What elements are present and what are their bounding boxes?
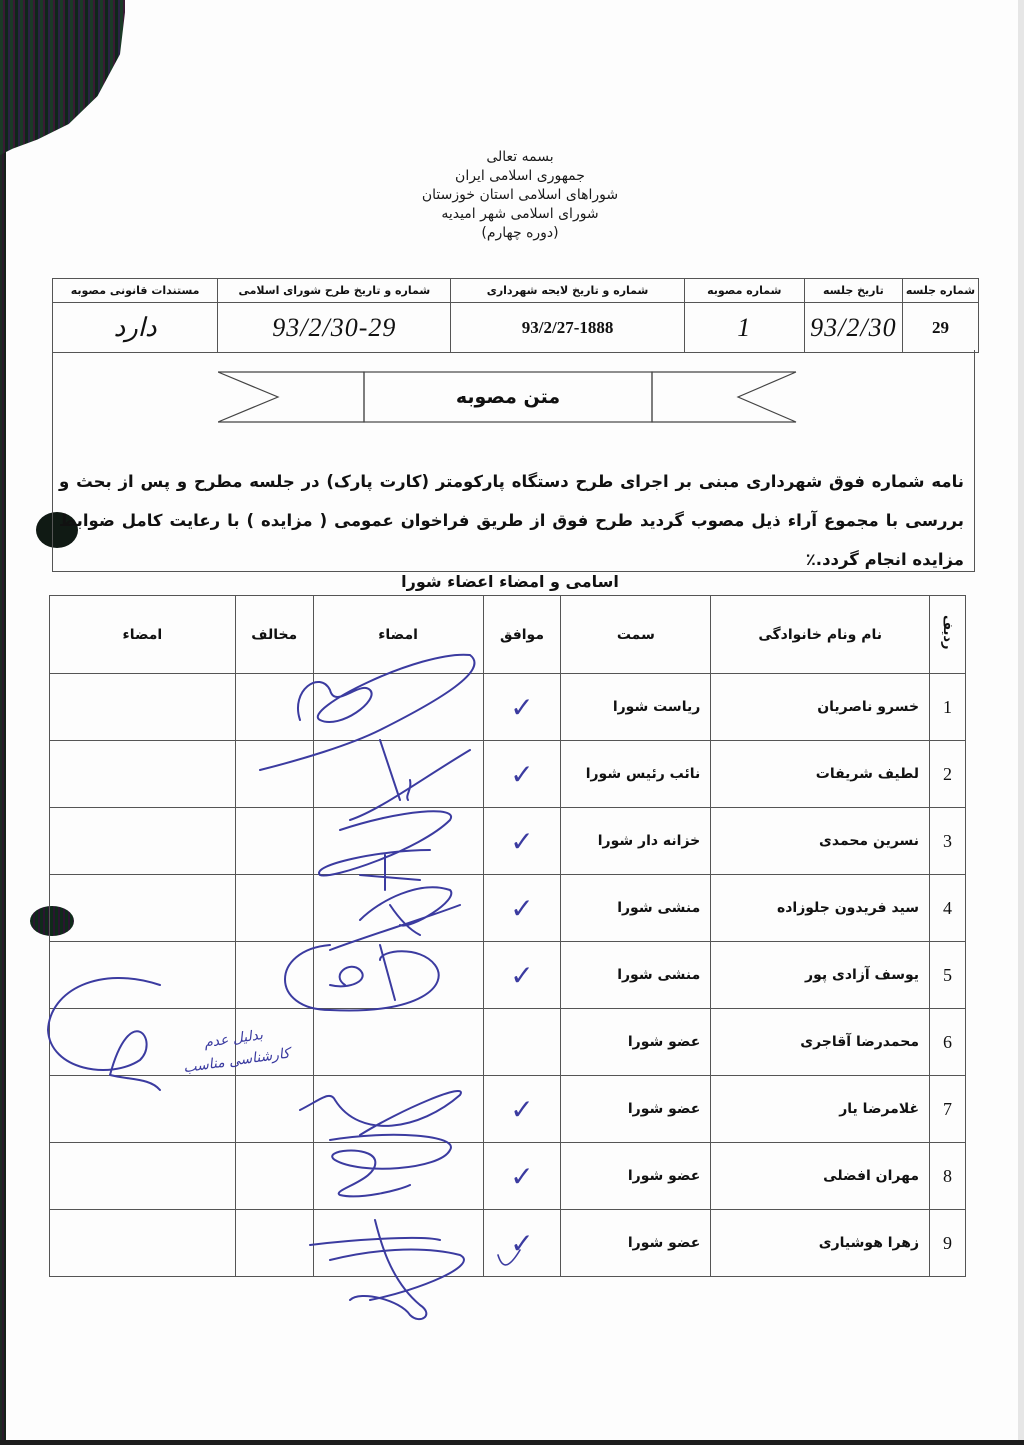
scan-edge-right <box>1018 0 1024 1445</box>
member-name: مهران افضلی <box>711 1143 930 1210</box>
member-role: عضو شورا <box>561 1009 711 1076</box>
value-legal-documents: دارد <box>53 303 218 353</box>
header-agree: موافق <box>483 596 561 674</box>
agree-check: ✓ <box>483 741 561 808</box>
header-session-number: شماره جلسه <box>902 279 978 303</box>
agree-check: ✓ <box>483 808 561 875</box>
header-signature-oppose: امضاء <box>50 596 236 674</box>
signature-oppose-cell <box>50 1210 236 1277</box>
member-name: خسرو ناصریان <box>711 674 930 741</box>
member-role: نائب رئیس شورا <box>561 741 711 808</box>
agree-check: ✓ <box>483 1210 561 1277</box>
header-municipal-bill: شماره و تاریخ لایحه شهرداری <box>451 279 684 303</box>
member-role: عضو شورا <box>561 1210 711 1277</box>
checkmark-icon: ✓ <box>510 892 533 925</box>
oppose-cell <box>235 1076 313 1143</box>
header-name: نام ونام خانوادگی <box>711 596 930 674</box>
checkmark-icon: ✓ <box>510 959 533 992</box>
signature-agree-cell <box>313 808 483 875</box>
header-session-date: تاریخ جلسه <box>804 279 902 303</box>
signature-agree-cell <box>313 741 483 808</box>
checkmark-icon: ✓ <box>510 1227 533 1260</box>
header-council-plan: شماره و تاریخ طرح شورای اسلامی <box>218 279 451 303</box>
agree-check: ✓ <box>483 1143 561 1210</box>
member-role: منشی شورا <box>561 942 711 1009</box>
meta-value-row: 29 93/2/30 1 93/2/27-1888 93/2/30-29 دار… <box>53 303 979 353</box>
row-index: 2 <box>930 741 966 808</box>
signature-agree-cell <box>313 1210 483 1277</box>
checkmark-icon: ✓ <box>510 825 533 858</box>
row-index: 4 <box>930 875 966 942</box>
member-role: منشی شورا <box>561 875 711 942</box>
header-row-number-label: ردیف <box>940 615 955 650</box>
signature-agree-cell <box>313 942 483 1009</box>
value-session-date: 93/2/30 <box>804 303 902 353</box>
resolution-title: متن مصوبه <box>364 371 652 423</box>
header-signature-agree: امضاء <box>313 596 483 674</box>
oppose-cell <box>235 808 313 875</box>
checkmark-icon: ✓ <box>510 691 533 724</box>
signature-oppose-cell <box>50 1143 236 1210</box>
header-resolution-number: شماره مصوبه <box>684 279 804 303</box>
agree-check: ✓ <box>483 1076 561 1143</box>
agree-check <box>483 1009 561 1076</box>
signature-agree-cell <box>313 674 483 741</box>
document-header: بسمه تعالی جمهوری اسلامی ایران شوراهای ا… <box>380 148 660 243</box>
signature-agree-cell <box>313 875 483 942</box>
row-index: 5 <box>930 942 966 1009</box>
member-name: نسرین محمدی <box>711 808 930 875</box>
signature-oppose-cell <box>50 741 236 808</box>
header-line-province-councils: شوراهای اسلامی استان خوزستان <box>380 186 660 205</box>
member-role: خزانه دار شورا <box>561 808 711 875</box>
header-line-bismillah: بسمه تعالی <box>380 148 660 167</box>
table-row: 7 غلامرضا یار عضو شورا ✓ <box>50 1076 966 1143</box>
value-session-number: 29 <box>902 303 978 353</box>
signature-oppose-cell <box>50 808 236 875</box>
row-index: 8 <box>930 1143 966 1210</box>
header-row-number: ردیف <box>930 596 966 674</box>
table-row: 5 یوسف آزادی پور منشی شورا ✓ <box>50 942 966 1009</box>
oppose-cell <box>235 875 313 942</box>
header-line-city-council: شورای اسلامی شهر امیدیه <box>380 205 660 224</box>
value-council-plan: 93/2/30-29 <box>218 303 451 353</box>
oppose-cell <box>235 674 313 741</box>
table-row: 4 سید فریدون جلوزاده منشی شورا ✓ <box>50 875 966 942</box>
agree-check: ✓ <box>483 674 561 741</box>
member-name: یوسف آزادی پور <box>711 942 930 1009</box>
row-index: 9 <box>930 1210 966 1277</box>
member-name: زهرا هوشیاری <box>711 1210 930 1277</box>
agree-check: ✓ <box>483 942 561 1009</box>
resolution-body-box: متن مصوبه نامه شماره فوق شهرداری مبنی بر… <box>52 350 975 572</box>
row-index: 1 <box>930 674 966 741</box>
resolution-banner: متن مصوبه <box>218 371 798 423</box>
oppose-cell <box>235 1143 313 1210</box>
header-legal-documents: مستندات قانونی مصوبه <box>53 279 218 303</box>
signature-agree-cell <box>313 1076 483 1143</box>
member-name: لطیف شریفات <box>711 741 930 808</box>
table-row: 9 زهرا هوشیاری عضو شورا ✓ <box>50 1210 966 1277</box>
member-role: عضو شورا <box>561 1076 711 1143</box>
value-resolution-number: 1 <box>684 303 804 353</box>
signature-oppose-cell <box>50 1076 236 1143</box>
meta-header-row: شماره جلسه تاریخ جلسه شماره مصوبه شماره … <box>53 279 979 303</box>
member-role: عضو شورا <box>561 1143 711 1210</box>
table-row: 3 نسرین محمدی خزانه دار شورا ✓ <box>50 808 966 875</box>
signature-oppose-cell <box>50 674 236 741</box>
value-municipal-bill: 93/2/27-1888 <box>451 303 684 353</box>
oppose-cell <box>235 741 313 808</box>
checkmark-icon: ✓ <box>510 758 533 791</box>
row-index: 6 <box>930 1009 966 1076</box>
header-oppose: مخالف <box>235 596 313 674</box>
table-row: 8 مهران افضلی عضو شورا ✓ <box>50 1143 966 1210</box>
oppose-cell <box>235 942 313 1009</box>
row-index: 3 <box>930 808 966 875</box>
header-line-country: جمهوری اسلامی ایران <box>380 167 660 186</box>
resolution-meta-table: شماره جلسه تاریخ جلسه شماره مصوبه شماره … <box>52 278 979 353</box>
checkmark-icon: ✓ <box>510 1160 533 1193</box>
header-line-term: (دوره چهارم) <box>380 224 660 243</box>
agree-check: ✓ <box>483 875 561 942</box>
oppose-cell <box>235 1210 313 1277</box>
signature-agree-cell <box>313 1143 483 1210</box>
table-row: 2 لطیف شریفات نائب رئیس شورا ✓ <box>50 741 966 808</box>
signature-oppose-cell <box>50 942 236 1009</box>
members-table: ردیف نام ونام خانوادگی سمت موافق امضاء م… <box>49 595 966 1277</box>
member-name: سید فریدون جلوزاده <box>711 875 930 942</box>
row-index: 7 <box>930 1076 966 1143</box>
member-role: ریاست شورا <box>561 674 711 741</box>
member-name: محمدرضا آقاجری <box>711 1009 930 1076</box>
header-role: سمت <box>561 596 711 674</box>
signature-agree-cell <box>313 1009 483 1076</box>
resolution-text: نامه شماره فوق شهرداری مبنی بر اجرای طرح… <box>59 462 964 579</box>
checkmark-icon: ✓ <box>510 1093 533 1126</box>
member-name: غلامرضا یار <box>711 1076 930 1143</box>
table-row: 1 خسرو ناصریان ریاست شورا ✓ <box>50 674 966 741</box>
signature-oppose-cell <box>50 875 236 942</box>
members-header-row: ردیف نام ونام خانوادگی سمت موافق امضاء م… <box>50 596 966 674</box>
scan-edge-bottom <box>0 1440 1024 1445</box>
members-title: اسامی و امضاء اعضاء شورا <box>300 572 720 591</box>
